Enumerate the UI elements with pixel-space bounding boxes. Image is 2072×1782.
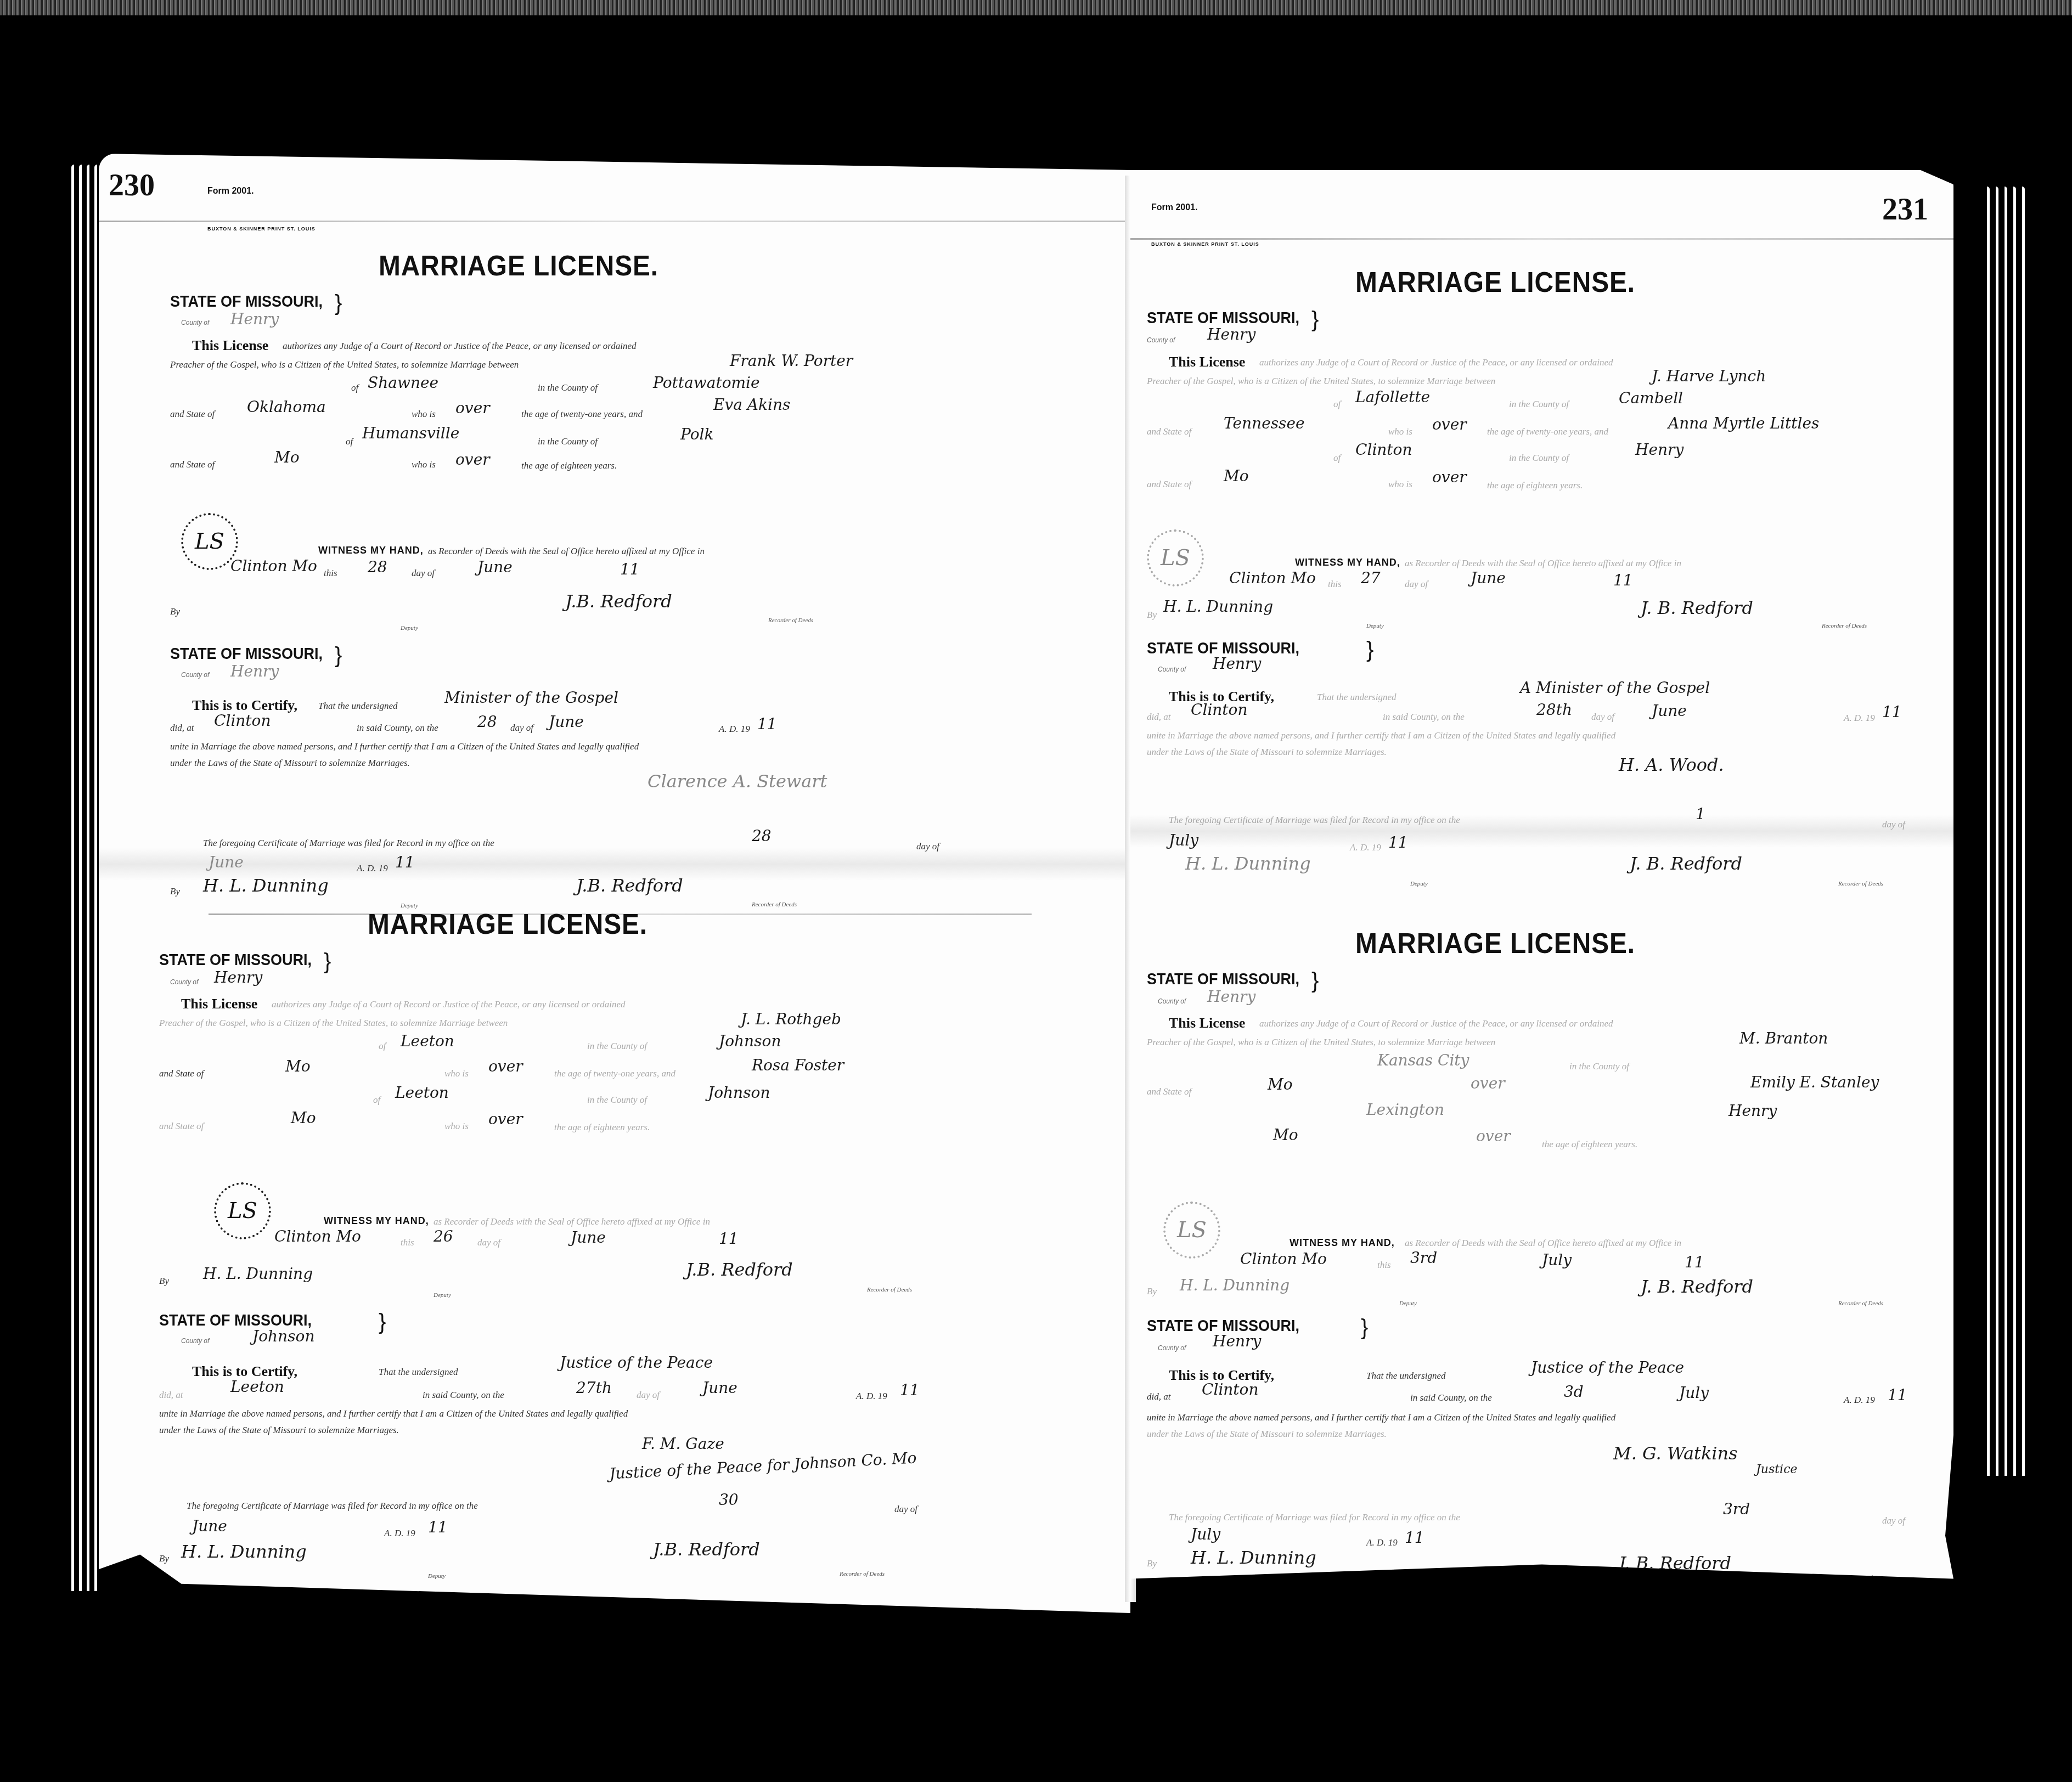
- county-value: Henry: [230, 310, 279, 328]
- county-of-label: in the County of: [587, 1095, 647, 1106]
- right-page: Form 2001. BUXTON & SKINNER PRINT ST. LO…: [1130, 170, 1953, 1608]
- ad-label: A. D. 19: [856, 1391, 887, 1402]
- ad-label: A. D. 19: [719, 724, 750, 735]
- foregoing-label: The foregoing Certificate of Marriage wa…: [203, 838, 494, 849]
- bride-name: Anna Myrtle Littles: [1668, 414, 1819, 432]
- groom-state: Mo: [1268, 1075, 1293, 1093]
- county-label: County of: [181, 1337, 209, 1345]
- deputy-label: Deputy: [1366, 623, 1384, 629]
- county-value: Henry: [1207, 988, 1255, 1006]
- day-of-label: day of: [412, 568, 435, 579]
- filed-year: 11: [395, 853, 415, 871]
- license-title: MARRIAGE LICENSE.: [368, 908, 647, 941]
- issued-day: 26: [433, 1227, 453, 1245]
- issue-deputy: H. L. Dunning: [203, 1265, 313, 1283]
- form-number: Form 2001.: [207, 187, 254, 196]
- county-of-label: in the County of: [1509, 453, 1569, 464]
- bride-name: Eva Akins: [713, 396, 790, 414]
- groom-county: Cambell: [1619, 389, 1683, 407]
- seal-icon: LS: [214, 1182, 271, 1239]
- day-of-label: day of: [510, 723, 533, 734]
- filed-deputy: H. L. Dunning: [203, 875, 329, 896]
- day-of-label: day of: [477, 1237, 500, 1248]
- certify-body-2: unite in Marriage the above named person…: [170, 741, 639, 752]
- scan-shadow: [1130, 815, 1953, 848]
- brace: }: [335, 644, 342, 668]
- license-body-2: Preacher of the Gospel, who is a Citizen…: [159, 1018, 508, 1029]
- recorder-label: Recorder of Deeds: [1844, 1575, 1889, 1581]
- ad-label: A. D. 19: [384, 1528, 415, 1539]
- issued-year: 11: [620, 560, 640, 578]
- of-label: of: [346, 436, 353, 447]
- married-month: June: [702, 1379, 737, 1397]
- age-21-label: the age of twenty-one years, and: [521, 409, 643, 420]
- cert-county: Henry: [1213, 1332, 1261, 1350]
- recorder-signature: J. B. Redford: [1641, 1276, 1753, 1297]
- issued-month: July: [1542, 1251, 1572, 1269]
- by-label: By: [1147, 1558, 1157, 1569]
- groom-age: over: [1471, 1074, 1505, 1092]
- married-day: 28: [477, 713, 497, 731]
- state-of-label: and State of: [1147, 479, 1191, 490]
- by-label: By: [159, 1276, 169, 1287]
- age-21-label: the age of twenty-one years, and: [1487, 426, 1608, 437]
- state-of-label: and State of: [170, 409, 215, 420]
- recorder-label: Recorder of Deeds: [752, 901, 797, 908]
- certify-body-3: under the Laws of the State of Missouri …: [170, 758, 410, 769]
- county-of-label: in the County of: [1509, 399, 1569, 410]
- witness-label: WITNESS MY HAND,: [1290, 1237, 1395, 1249]
- of-label: of: [1333, 399, 1341, 410]
- officiant-signature: Clarence A. Stewart: [647, 771, 827, 792]
- bride-town: Humansville: [362, 424, 459, 442]
- of-label: of: [1333, 453, 1341, 464]
- certify-body-1: That the undersigned: [379, 1367, 458, 1378]
- county-of-label: in the County of: [538, 436, 598, 447]
- brace: }: [1361, 1316, 1368, 1340]
- issued-day: 27: [1361, 569, 1381, 587]
- cert-county: Henry: [230, 662, 279, 680]
- ad-label: A. D. 19: [357, 863, 388, 874]
- issued-month: June: [571, 1228, 606, 1247]
- by-label: By: [170, 606, 180, 617]
- county-label: County of: [1158, 997, 1186, 1005]
- married-month: June: [549, 713, 584, 731]
- married-year: 11: [757, 715, 777, 733]
- state-of-label: and State of: [159, 1121, 204, 1132]
- in-said-county-label: in said County, on the: [357, 723, 438, 734]
- groom-age: over: [455, 399, 490, 417]
- officiant-suffix: Justice of the Peace for Johnson Co. Mo: [609, 1448, 917, 1482]
- officiant-suffix: Justice: [1756, 1463, 1798, 1476]
- certify-body-2: unite in Marriage the above named person…: [159, 1408, 628, 1419]
- deputy-label: Deputy: [433, 1292, 451, 1299]
- this-license-label: This License: [181, 996, 257, 1012]
- form-number: Form 2001.: [1151, 203, 1197, 213]
- county-value: Henry: [1207, 325, 1255, 343]
- filed-month: July: [1191, 1525, 1220, 1543]
- who-is-label: who is: [444, 1121, 469, 1132]
- issued-at: Clinton Mo: [1229, 569, 1316, 587]
- filed-month: June: [209, 853, 244, 871]
- county-label: County of: [181, 319, 209, 326]
- bride-county: Johnson: [708, 1084, 770, 1102]
- filed-month: July: [1169, 831, 1198, 849]
- brace: }: [379, 1310, 386, 1335]
- cert-county: Johnson: [252, 1327, 314, 1345]
- this-license-label: This License: [1169, 1015, 1245, 1031]
- state-of-label: and State of: [159, 1068, 204, 1079]
- county-label: County of: [1158, 1344, 1186, 1352]
- groom-state: Tennessee: [1224, 414, 1305, 432]
- this-label: this: [401, 1237, 414, 1248]
- married-year: 11: [1882, 703, 1902, 721]
- license-title: MARRIAGE LICENSE.: [1355, 266, 1635, 299]
- in-said-county-label: in said County, on the: [423, 1390, 504, 1401]
- state-label: STATE OF MISSOURI,: [1147, 970, 1299, 989]
- filed-year: 11: [1388, 833, 1408, 851]
- in-said-county-label: in said County, on the: [1383, 712, 1465, 723]
- officiant-signature: F. M. Gaze: [642, 1435, 724, 1453]
- did-at-label: did, at: [159, 1390, 183, 1401]
- by-label: By: [1147, 1286, 1157, 1297]
- age-18-label: the age of eighteen years.: [1487, 480, 1583, 491]
- by-label: By: [1147, 610, 1157, 621]
- certify-body-2: unite in Marriage the above named person…: [1147, 1412, 1615, 1423]
- seal-icon: LS: [181, 513, 238, 570]
- page-number-right: 231: [1882, 192, 1928, 227]
- groom-county: Johnson: [719, 1032, 781, 1050]
- recorder-label: Recorder of Deeds: [1838, 881, 1883, 887]
- issued-at: Clinton Mo: [230, 557, 317, 575]
- issued-day: 28: [368, 558, 387, 576]
- filed-day: 3rd: [1723, 1500, 1750, 1518]
- bride-name: Rosa Foster: [752, 1056, 844, 1074]
- age-18-label: the age of eighteen years.: [1542, 1139, 1637, 1150]
- deputy-label: Deputy: [1410, 1575, 1428, 1581]
- married-year: 11: [1888, 1386, 1907, 1404]
- license-body-1: authorizes any Judge of a Court of Recor…: [272, 999, 626, 1010]
- bride-town: Clinton: [1355, 441, 1412, 459]
- married-at: Clinton: [214, 712, 271, 730]
- groom-name: J. L. Rothgeb: [741, 1010, 841, 1028]
- of-label: of: [379, 1041, 386, 1052]
- filed-deputy: H. L. Dunning: [1185, 853, 1311, 874]
- groom-age: over: [1432, 415, 1467, 433]
- witness-label: WITNESS MY HAND,: [1295, 557, 1400, 568]
- recorder-signature: J.B. Redford: [565, 591, 672, 612]
- county-value: Henry: [214, 968, 262, 986]
- witness-label: WITNESS MY HAND,: [324, 1215, 429, 1227]
- certify-body-3: under the Laws of the State of Missouri …: [1147, 747, 1387, 758]
- county-label: County of: [181, 671, 209, 679]
- groom-town: Lafollette: [1355, 388, 1430, 406]
- issued-year: 11: [1685, 1253, 1704, 1271]
- state-label: STATE OF MISSOURI,: [170, 645, 323, 663]
- age-18-label: the age of eighteen years.: [521, 460, 617, 471]
- married-year: 11: [900, 1381, 920, 1399]
- brace: }: [1311, 969, 1319, 994]
- header-rule: [99, 221, 1130, 222]
- married-month: July: [1679, 1384, 1709, 1402]
- license-body-2: Preacher of the Gospel, who is a Citizen…: [1147, 376, 1495, 387]
- groom-state: Oklahoma: [247, 398, 326, 416]
- who-is-label: who is: [444, 1068, 469, 1079]
- married-day: 27th: [576, 1379, 612, 1397]
- did-at-label: did, at: [1147, 712, 1170, 723]
- did-at-label: did, at: [1147, 1391, 1170, 1402]
- state-of-label: and State of: [1147, 1086, 1191, 1097]
- groom-age: over: [488, 1057, 523, 1075]
- state-of-label: and State of: [170, 459, 215, 470]
- issued-month: June: [477, 558, 513, 576]
- groom-county: Pottawatomie: [653, 374, 760, 392]
- ad-label: A. D. 19: [1350, 842, 1381, 853]
- license-record-3: MARRIAGE LICENSE. STATE OF MISSOURI, } C…: [159, 908, 960, 1621]
- county-of-label: in the County of: [587, 1041, 647, 1052]
- foregoing-label: The foregoing Certificate of Marriage wa…: [1169, 1512, 1460, 1523]
- bride-town: Lexington: [1366, 1101, 1444, 1119]
- filed-recorder: J. B. Redford: [1619, 1553, 1731, 1574]
- license-body-1: authorizes any Judge of a Court of Recor…: [283, 341, 637, 352]
- witness-body: as Recorder of Deeds with the Seal of Of…: [428, 546, 705, 557]
- recorder-label: Recorder of Deeds: [1838, 1300, 1883, 1307]
- header-rule: [1130, 238, 1953, 240]
- in-said-county-label: in said County, on the: [1410, 1392, 1492, 1403]
- certify-body-1: That the undersigned: [1317, 692, 1397, 703]
- groom-name: J. Harve Lynch: [1652, 367, 1766, 385]
- seal-icon: LS: [1147, 529, 1204, 587]
- deputy-label: Deputy: [1399, 1300, 1417, 1307]
- certify-body-2: unite in Marriage the above named person…: [1147, 730, 1615, 741]
- bride-age: over: [1476, 1127, 1511, 1145]
- groom-name: Frank W. Porter: [730, 352, 853, 370]
- brace: }: [1311, 308, 1319, 332]
- county-of-label: in the County of: [1569, 1061, 1629, 1072]
- issue-deputy: H. L. Dunning: [1163, 597, 1273, 616]
- state-label: STATE OF MISSOURI,: [1147, 309, 1299, 328]
- filed-deputy: H. L. Dunning: [1191, 1547, 1316, 1568]
- left-page: 230 Form 2001. BUXTON & SKINNER PRINT ST…: [99, 154, 1130, 1613]
- bride-county: Henry: [1635, 441, 1683, 459]
- deputy-label: Deputy: [401, 625, 418, 631]
- license-record-1: MARRIAGE LICENSE. STATE OF MISSOURI, } C…: [170, 250, 971, 996]
- certify-body-1: That the undersigned: [318, 701, 398, 712]
- printer-imprint: BUXTON & SKINNER PRINT ST. LOUIS: [1151, 241, 1259, 247]
- this-license-label: This License: [1169, 354, 1245, 370]
- brace: }: [1366, 638, 1373, 663]
- day-of-label: day of: [1882, 1515, 1905, 1526]
- foregoing-label: The foregoing Certificate of Marriage wa…: [187, 1501, 478, 1512]
- married-at: Clinton: [1191, 701, 1248, 719]
- day-of-label: day of: [1591, 712, 1614, 723]
- officiant-title: A Minister of the Gospel: [1520, 679, 1710, 697]
- of-label: of: [373, 1095, 380, 1106]
- cert-county: Henry: [1213, 655, 1261, 673]
- license-title: MARRIAGE LICENSE.: [1355, 927, 1635, 960]
- license-record-2: MARRIAGE LICENSE. STATE OF MISSOURI, } C…: [1147, 266, 1948, 1034]
- this-label: this: [324, 568, 337, 579]
- bride-age: over: [1432, 468, 1467, 486]
- county-label: County of: [1158, 666, 1186, 673]
- married-day: 28th: [1536, 701, 1572, 719]
- this-label: this: [1328, 579, 1342, 590]
- bride-state: Mo: [291, 1109, 316, 1127]
- bride-county: Henry: [1728, 1102, 1777, 1120]
- brace: }: [324, 950, 331, 974]
- state-of-label: and State of: [1147, 426, 1191, 437]
- day-of-label: day of: [894, 1504, 917, 1515]
- ad-label: A. D. 19: [1844, 1395, 1875, 1406]
- page-number-left: 230: [109, 168, 155, 203]
- deputy-label: Deputy: [1410, 881, 1428, 887]
- recorder-label: Recorder of Deeds: [1822, 623, 1867, 629]
- who-is-label: who is: [1388, 479, 1412, 490]
- license-body-2: Preacher of the Gospel, who is a Citizen…: [1147, 1037, 1495, 1048]
- certify-body-3: under the Laws of the State of Missouri …: [1147, 1429, 1387, 1440]
- bride-town: Leeton: [395, 1084, 449, 1102]
- register-book: 230 Form 2001. BUXTON & SKINNER PRINT ST…: [71, 154, 2025, 1690]
- license-record-4: MARRIAGE LICENSE. STATE OF MISSOURI, } C…: [1147, 927, 1948, 1619]
- witness-label: WITNESS MY HAND,: [318, 545, 424, 556]
- license-body-2: Preacher of the Gospel, who is a Citizen…: [170, 359, 519, 370]
- license-body-1: authorizes any Judge of a Court of Recor…: [1259, 357, 1613, 368]
- who-is-label: who is: [1388, 426, 1412, 437]
- issued-year: 11: [1613, 571, 1633, 589]
- did-at-label: did, at: [170, 723, 194, 734]
- filed-month: June: [192, 1517, 227, 1535]
- issued-month: June: [1471, 569, 1506, 587]
- page-stack-right: [1953, 187, 2025, 1476]
- witness-body: as Recorder of Deeds with the Seal of Of…: [1405, 1238, 1681, 1249]
- issued-year: 11: [719, 1230, 739, 1248]
- groom-name: M. Branton: [1739, 1029, 1828, 1047]
- this-license-label: This License: [192, 337, 268, 354]
- day-of-label: day of: [637, 1390, 660, 1401]
- bride-state: Mo: [1273, 1126, 1298, 1144]
- of-label: of: [351, 382, 358, 393]
- filed-day: 30: [719, 1491, 739, 1509]
- by-label: By: [170, 886, 180, 897]
- filed-year: 11: [428, 1518, 448, 1536]
- recorder-label: Recorder of Deeds: [840, 1571, 885, 1577]
- married-month: June: [1652, 702, 1687, 720]
- recorder-signature: J.B. Redford: [686, 1259, 793, 1280]
- age-21-label: the age of twenty-one years, and: [554, 1068, 675, 1079]
- issue-deputy: H. L. Dunning: [1180, 1276, 1290, 1294]
- deputy-label: Deputy: [428, 1573, 446, 1580]
- recorder-signature: J. B. Redford: [1641, 597, 1753, 618]
- license-body-1: authorizes any Judge of a Court of Recor…: [1259, 1018, 1613, 1029]
- bride-state: Mo: [274, 448, 300, 466]
- officiant-title: Justice of the Peace: [1531, 1358, 1684, 1377]
- married-at: Leeton: [230, 1378, 284, 1396]
- license-title: MARRIAGE LICENSE.: [379, 250, 658, 283]
- state-label: STATE OF MISSOURI,: [159, 951, 312, 969]
- filed-recorder: J.B. Redford: [576, 875, 683, 896]
- filed-year: 11: [1405, 1529, 1424, 1547]
- county-label: County of: [1147, 336, 1175, 344]
- ad-label: A. D. 19: [1844, 713, 1875, 724]
- printer-imprint: BUXTON & SKINNER PRINT ST. LOUIS: [207, 226, 316, 232]
- groom-town: Shawnee: [368, 374, 438, 392]
- this-label: this: [1377, 1260, 1391, 1271]
- recorder-label: Recorder of Deeds: [867, 1287, 912, 1293]
- state-label: STATE OF MISSOURI,: [170, 292, 323, 311]
- witness-body: as Recorder of Deeds with the Seal of Of…: [433, 1216, 710, 1227]
- bride-county: Polk: [680, 425, 713, 443]
- who-is-label: who is: [412, 459, 436, 470]
- issued-at: Clinton Mo: [274, 1227, 361, 1245]
- ad-label: A. D. 19: [1366, 1537, 1398, 1548]
- groom-town: Kansas City: [1377, 1051, 1469, 1069]
- bride-state: Mo: [1224, 467, 1249, 485]
- certify-body-1: That the undersigned: [1366, 1371, 1446, 1381]
- bride-age: over: [488, 1110, 523, 1128]
- day-of-label: day of: [1405, 579, 1428, 590]
- groom-town: Leeton: [401, 1032, 454, 1050]
- issued-at: Clinton Mo: [1240, 1250, 1327, 1268]
- married-at: Clinton: [1202, 1380, 1259, 1398]
- scanner-edge-strip: [0, 0, 2072, 15]
- recorder-label: Recorder of Deeds: [768, 617, 813, 624]
- age-18-label: the age of eighteen years.: [554, 1122, 650, 1133]
- groom-state: Mo: [285, 1057, 311, 1075]
- married-day: 3d: [1564, 1383, 1584, 1401]
- certify-body-3: under the Laws of the State of Missouri …: [159, 1425, 399, 1436]
- witness-body: as Recorder of Deeds with the Seal of Of…: [1405, 558, 1681, 569]
- officiant-title: Minister of the Gospel: [444, 689, 618, 707]
- bride-age: over: [455, 450, 490, 469]
- who-is-label: who is: [412, 409, 436, 420]
- brace: }: [335, 291, 342, 316]
- issued-day: 3rd: [1410, 1249, 1437, 1267]
- by-label: By: [159, 1553, 169, 1564]
- filed-deputy: H. L. Dunning: [181, 1541, 307, 1562]
- filed-recorder: J.B. Redford: [653, 1539, 760, 1560]
- officiant-title: Justice of the Peace: [560, 1354, 713, 1372]
- county-label: County of: [170, 978, 198, 986]
- seal-icon: LS: [1163, 1202, 1220, 1259]
- county-of-label: in the County of: [538, 382, 598, 393]
- bride-name: Emily E. Stanley: [1750, 1073, 1879, 1091]
- officiant-signature: H. A. Wood.: [1619, 754, 1724, 775]
- filed-recorder: J. B. Redford: [1630, 853, 1742, 874]
- filed-day: 28: [752, 827, 772, 845]
- officiant-signature: M. G. Watkins: [1613, 1443, 1738, 1464]
